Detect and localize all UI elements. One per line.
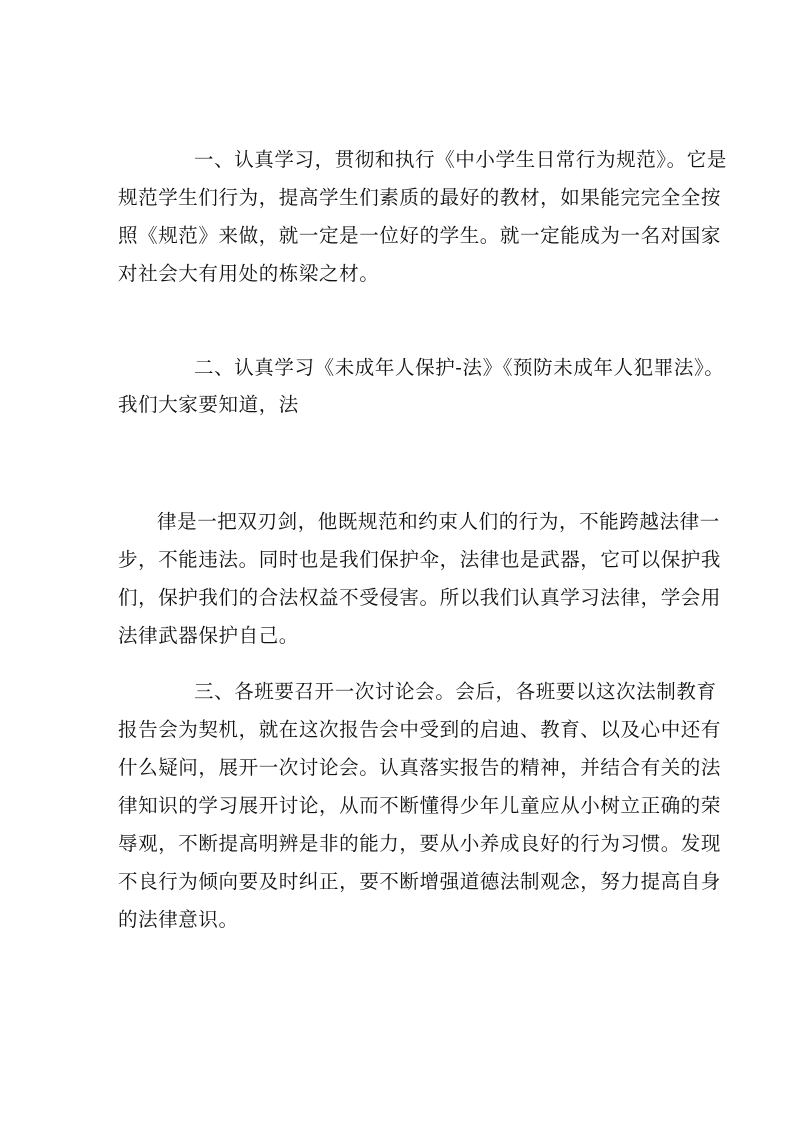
document-page: 一、认真学习，贯彻和执行《中小学生日常行为规范》。它是 规范学生们行为，提高学生… (0, 0, 793, 1122)
paragraph-line: 对社会大有用处的栋梁之材。 (118, 262, 688, 286)
paragraph-line: 二、认真学习《未成年人保护-法》《预防未成年人犯罪法》。 (194, 356, 688, 380)
paragraph-line: 三、各班要召开一次讨论会。会后，各班要以这次法制教育 (194, 680, 688, 704)
paragraph-line: 的法律意识。 (118, 908, 688, 932)
paragraph-line: 律知识的学习展开讨论，从而不断懂得少年儿童应从小树立正确的荣 (118, 794, 688, 818)
paragraph-line: 律是一把双刃剑，他既规范和约束人们的行为，不能跨越法律一 (157, 510, 688, 534)
paragraph-line: 们，保护我们的合法权益不受侵害。所以我们认真学习法律，学会用 (118, 586, 688, 610)
paragraph-line: 一、认真学习，贯彻和执行《中小学生日常行为规范》。它是 (194, 148, 688, 172)
paragraph-line: 步，不能违法。同时也是我们保护伞，法律也是武器，它可以保护我 (118, 548, 688, 572)
paragraph-line: 辱观，不断提高明辨是非的能力，要从小养成良好的行为习惯。发现 (118, 832, 688, 856)
paragraph-line: 什么疑问，展开一次讨论会。认真落实报告的精神，并结合有关的法 (118, 756, 688, 780)
paragraph-line: 法律武器保护自己。 (118, 624, 688, 648)
paragraph-line: 照《规范》来做，就一定是一位好的学生。就一定能成为一名对国家 (118, 224, 688, 248)
paragraph-line: 报告会为契机，就在这次报告会中受到的启迪、教育、以及心中还有 (118, 718, 688, 742)
paragraph-line: 不良行为倾向要及时纠正，要不断增强道德法制观念，努力提高自身 (118, 870, 688, 894)
paragraph-line: 规范学生们行为，提高学生们素质的最好的教材，如果能完完全全按 (118, 186, 688, 210)
paragraph-line: 我们大家要知道，法 (118, 393, 688, 417)
